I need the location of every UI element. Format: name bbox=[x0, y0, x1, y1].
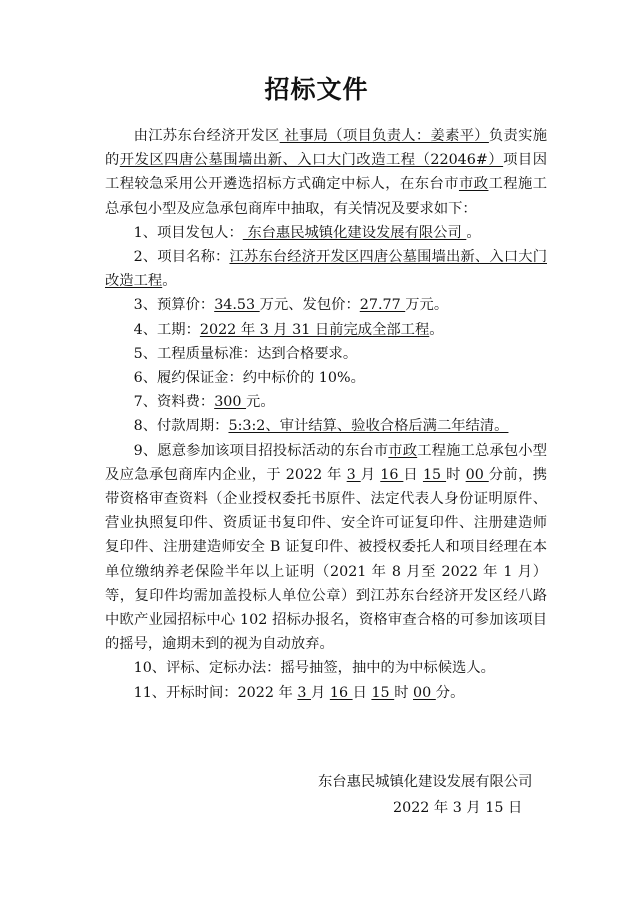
item-text: 月 bbox=[311, 685, 330, 701]
signature-company: 东台惠民城镇化建设发展有限公司 bbox=[318, 771, 532, 791]
item-tail: 。 bbox=[429, 322, 443, 338]
item-tail: 元。 bbox=[246, 394, 275, 410]
item-text: 9、愿意参加该项目招投标活动的东台市 bbox=[134, 443, 389, 459]
item-7: 7、资料费：300 元。 bbox=[105, 390, 547, 414]
opening-day: 16 bbox=[330, 685, 353, 701]
contract-price: 27.77 bbox=[360, 297, 405, 313]
item-4: 4、工期：2022 年 3 月 31 日前完成全部工程。 bbox=[105, 318, 547, 342]
item-5: 5、工程质量标准：达到合格要求。 bbox=[105, 342, 547, 366]
item-label: 8、付款周期： bbox=[134, 418, 229, 434]
item-value: 2022 年 3 月 31 日前完成全部工程 bbox=[200, 322, 429, 338]
item-9: 9、愿意参加该项目招投标活动的东台市市政工程施工总承包小型及应急承包商库内企业，… bbox=[105, 439, 547, 657]
item-text: 分前，携带资格审查资料（企业授权委托书原件、法定代表人身份证明原件、营业执照复印… bbox=[105, 467, 547, 652]
item-value: 300 bbox=[214, 394, 246, 410]
item-value: 5:3:2、审计结算、验收合格后满二年结清。 bbox=[228, 418, 508, 434]
opening-minute: 00 bbox=[413, 685, 436, 701]
item-8: 8、付款周期：5:3:2、审计结算、验收合格后满二年结清。 bbox=[105, 414, 547, 438]
item-label: 4、工期： bbox=[134, 322, 200, 338]
document-body: 由江苏东台经济开发区 社事局（项目负责人：姜素平）负责实施的开发区四唐公墓围墙出… bbox=[105, 124, 547, 705]
item-text: 日 bbox=[403, 467, 423, 483]
item-text: 时 bbox=[446, 467, 466, 483]
item-6: 6、履约保证金：约中标价的 10%。 bbox=[105, 366, 547, 390]
item-text: 月 bbox=[361, 467, 381, 483]
item-label: 2、项目名称： bbox=[134, 249, 230, 265]
item-label: 7、资料费： bbox=[134, 394, 215, 410]
item-text: 时 bbox=[394, 685, 413, 701]
budget-price: 34.53 bbox=[214, 297, 259, 313]
item-text: 日 bbox=[353, 685, 372, 701]
intro-paragraph: 由江苏东台经济开发区 社事局（项目负责人：姜素平）负责实施的开发区四唐公墓围墙出… bbox=[105, 124, 547, 221]
opening-hour: 15 bbox=[371, 685, 394, 701]
deadline-minute: 00 bbox=[466, 467, 489, 483]
item-text: 万元、发包价： bbox=[260, 297, 360, 313]
deadline-hour: 15 bbox=[423, 467, 446, 483]
category-ref: 市政 bbox=[459, 176, 489, 192]
deadline-month: 3 bbox=[347, 467, 361, 483]
signature-date: 2022 年 3 月 15 日 bbox=[393, 797, 522, 817]
item-value: 东台惠民城镇化建设发展有限公司 bbox=[243, 225, 467, 241]
item-tail: 。 bbox=[466, 225, 480, 241]
document-title: 招标文件 bbox=[0, 70, 633, 106]
item-1: 1、项目发包人： 东台惠民城镇化建设发展有限公司 。 bbox=[105, 221, 547, 245]
item-11: 11、开标时间：2022 年 3 月 16 日 15 时 00 分。 bbox=[105, 681, 547, 705]
tenderer-dept: 社事局（项目负责人：姜素平） bbox=[280, 128, 489, 144]
item-10: 10、评标、定标办法：摇号抽签，抽中的为中标候选人。 bbox=[105, 656, 547, 680]
project-name-ref: 开发区四唐公墓围墙出新、入口大门改造工程（22046#） bbox=[120, 152, 503, 168]
item-text: 分。 bbox=[436, 685, 465, 701]
item-tail: 万元。 bbox=[405, 297, 448, 313]
opening-month: 3 bbox=[297, 685, 311, 701]
category-ref: 市政 bbox=[388, 443, 417, 459]
deadline-day: 16 bbox=[380, 467, 403, 483]
item-label: 3、预算价： bbox=[134, 297, 215, 313]
intro-text: 由江苏东台经济开发区 bbox=[134, 128, 280, 144]
item-2: 2、项目名称：江苏东台经济开发区四唐公墓围墙出新、入口大门改造工程。 bbox=[105, 245, 547, 293]
item-tail: 。 bbox=[162, 273, 176, 289]
item-3: 3、预算价：34.53 万元、发包价：27.77 万元。 bbox=[105, 293, 547, 317]
item-text: 11、开标时间：2022 年 bbox=[134, 685, 298, 701]
item-label: 1、项目发包人： bbox=[134, 225, 243, 241]
